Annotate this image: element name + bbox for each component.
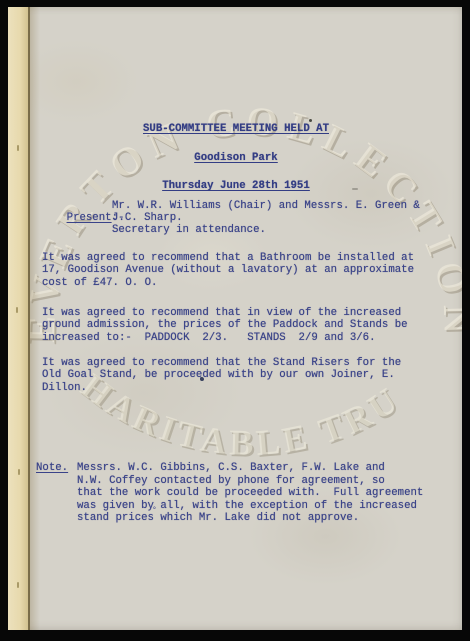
present-line: J.C. Sharp. xyxy=(112,212,420,224)
note-label: Note. xyxy=(36,462,68,474)
note-line: stand prices which Mr. Lake did not appr… xyxy=(77,512,423,525)
binding-stitch xyxy=(17,145,19,151)
typed-insertion-mark: ° xyxy=(152,507,157,515)
minute-paragraph-admission-prices: It was agreed to recommend that in view … xyxy=(42,307,408,344)
paragraph-line: Old Goal Stand, be proceeded with by our… xyxy=(42,369,401,381)
paragraph-line: 17, Goodison Avenue (without a lavatory)… xyxy=(42,264,414,276)
meeting-title: SUB-COMMITTEE MEETING HELD AT xyxy=(30,123,442,135)
paragraph-line: Dillon. xyxy=(42,382,401,394)
present-line: Mr. W.R. Williams (Chair) and Messrs. E.… xyxy=(112,200,420,212)
paragraph-line: ground admission, the prices of the Padd… xyxy=(42,319,408,331)
ink-speck xyxy=(309,119,312,122)
note-line: that the work could be proceeded with. F… xyxy=(77,487,423,500)
minute-paragraph-stand-risers: It was agreed to recommend that the Stan… xyxy=(42,357,401,394)
note-line: was given by all, with the exception of … xyxy=(77,500,423,513)
binding-stitch xyxy=(17,582,19,588)
meeting-location: Goodison Park xyxy=(30,152,442,164)
smudge xyxy=(352,188,358,190)
paragraph-line: It was agreed to recommend that the Stan… xyxy=(42,357,401,369)
present-label-text: Present xyxy=(67,212,112,224)
meeting-date: Thursday June 28th 1951 xyxy=(30,180,442,192)
paragraph-line: cost of £47. O. O. xyxy=(42,277,414,289)
paragraph-line: increased to:- PADDOCK 2/3. STANDS 2/9 a… xyxy=(42,332,408,344)
paragraph-line: It was agreed to recommend that a Bathro… xyxy=(42,252,414,264)
binding-edge xyxy=(8,7,30,630)
present-line: Secretary in attendance. xyxy=(112,224,420,236)
minute-paragraph-bathroom: It was agreed to recommend that a Bathro… xyxy=(42,252,414,289)
scanned-photo: { "document": { "header": { "line1": "SU… xyxy=(0,0,470,641)
ink-speck xyxy=(200,377,204,381)
binding-edge-shadow xyxy=(30,7,40,630)
note-line: N.W. Coffey contacted by phone for agree… xyxy=(77,475,423,488)
binding-edge-line xyxy=(28,7,30,630)
paragraph-line: It was agreed to recommend that in view … xyxy=(42,307,408,319)
note-body: Messrs. W.C. Gibbins, C.S. Baxter, F.W. … xyxy=(77,462,423,525)
note-line: Messrs. W.C. Gibbins, C.S. Baxter, F.W. … xyxy=(77,462,423,475)
smudge xyxy=(259,494,262,496)
binding-stitch xyxy=(16,307,18,313)
document-page: EVERTON COLLECTION EVERTON COLLECTION CH… xyxy=(8,7,462,630)
binding-stitch xyxy=(18,469,20,475)
present-attendees: Mr. W.R. Williams (Chair) and Messrs. E.… xyxy=(112,200,420,236)
